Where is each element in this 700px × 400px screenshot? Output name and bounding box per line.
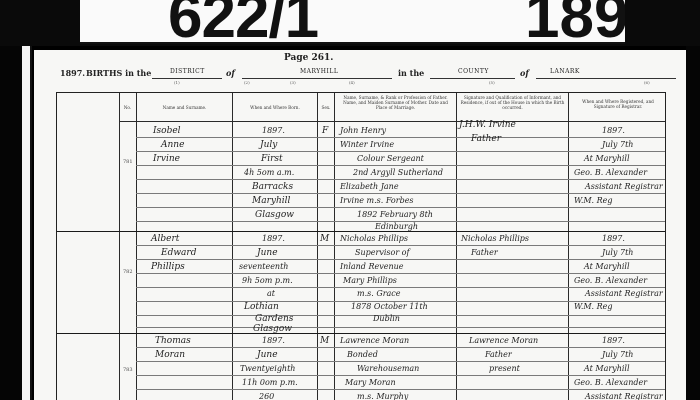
column-divider bbox=[456, 93, 457, 400]
title-births: BIRTHS in the bbox=[86, 68, 151, 78]
parents-details: John Henry bbox=[340, 127, 386, 135]
entry-number: 783 bbox=[123, 367, 133, 373]
title-year: 1897. bbox=[60, 68, 85, 78]
header-divider bbox=[119, 121, 665, 122]
sex-value: F bbox=[322, 127, 328, 136]
register-title: 1897. BIRTHS in the DISTRICT of MARYHILL… bbox=[60, 68, 680, 82]
informant-details: J.H.W. Irvine bbox=[459, 121, 516, 130]
register-table: No. Name and Surname. When and Where Bor… bbox=[56, 92, 666, 400]
header-when-where-born: When and Where Born. bbox=[237, 105, 313, 110]
informant-details: Nicholas Phillips bbox=[461, 235, 529, 243]
title-of-2: of bbox=[520, 68, 529, 78]
registration-details: 1897. bbox=[602, 235, 625, 243]
child-name: Isobel bbox=[153, 127, 181, 136]
column-divider bbox=[136, 93, 137, 400]
birth-details: 1897. bbox=[262, 235, 285, 243]
district-label: DISTRICT bbox=[170, 68, 205, 75]
child-name: Albert bbox=[151, 235, 179, 244]
column-divider bbox=[119, 93, 120, 400]
district-label-line bbox=[152, 78, 222, 79]
birth-details: 1897. bbox=[262, 127, 285, 135]
microfilm-edge-left bbox=[0, 46, 22, 400]
entry-number: 781 bbox=[123, 159, 133, 165]
title-of-1: of bbox=[226, 68, 235, 78]
county-name-line bbox=[536, 78, 676, 79]
header-name: Name and Surname. bbox=[142, 105, 227, 110]
sex-value: M bbox=[320, 235, 329, 244]
parents-details: Nicholas Phillips bbox=[340, 235, 408, 243]
child-name: Thomas bbox=[155, 337, 191, 346]
title-in-the: in the bbox=[398, 68, 424, 78]
microfilm-edge-right-top bbox=[625, 0, 700, 46]
reference-card: 622/1 1897 bbox=[80, 0, 625, 44]
birth-details: 1897. bbox=[262, 337, 285, 345]
parents-details: Lawrence Moran bbox=[340, 337, 409, 345]
microfilm-edge-right bbox=[686, 46, 700, 400]
informant-details: Lawrence Moran bbox=[469, 337, 538, 345]
sex-value: M bbox=[320, 337, 329, 346]
column-divider bbox=[232, 93, 233, 400]
entry-divider bbox=[57, 231, 665, 232]
register-page: Page 261. 1897. BIRTHS in the DISTRICT o… bbox=[34, 50, 686, 400]
page-margin-left bbox=[22, 46, 32, 400]
column-divider bbox=[317, 93, 318, 400]
page-number: Page 261. bbox=[284, 53, 333, 63]
entry-divider bbox=[57, 333, 665, 334]
county-label-line bbox=[430, 78, 515, 79]
column-divider bbox=[568, 93, 569, 400]
header-informant: Signature and Qualification of Informant… bbox=[460, 95, 565, 110]
column-divider bbox=[334, 93, 335, 400]
header-sex: Sex. bbox=[318, 105, 334, 110]
entry-number: 782 bbox=[123, 269, 133, 275]
district-name: MARYHILL bbox=[300, 68, 338, 75]
district-name-line bbox=[242, 78, 392, 79]
registration-details: 1897. bbox=[602, 337, 625, 345]
header-parents: Name, Surname, & Rank or Profession of F… bbox=[338, 95, 453, 110]
county-label: COUNTY bbox=[458, 68, 489, 75]
county-name: LANARK bbox=[550, 68, 580, 75]
reference-number: 622/1 bbox=[168, 0, 318, 48]
registration-details: 1897. bbox=[602, 127, 625, 135]
header-no: No. bbox=[119, 105, 136, 110]
header-registered: When and Where Registered, and Signature… bbox=[572, 99, 664, 109]
